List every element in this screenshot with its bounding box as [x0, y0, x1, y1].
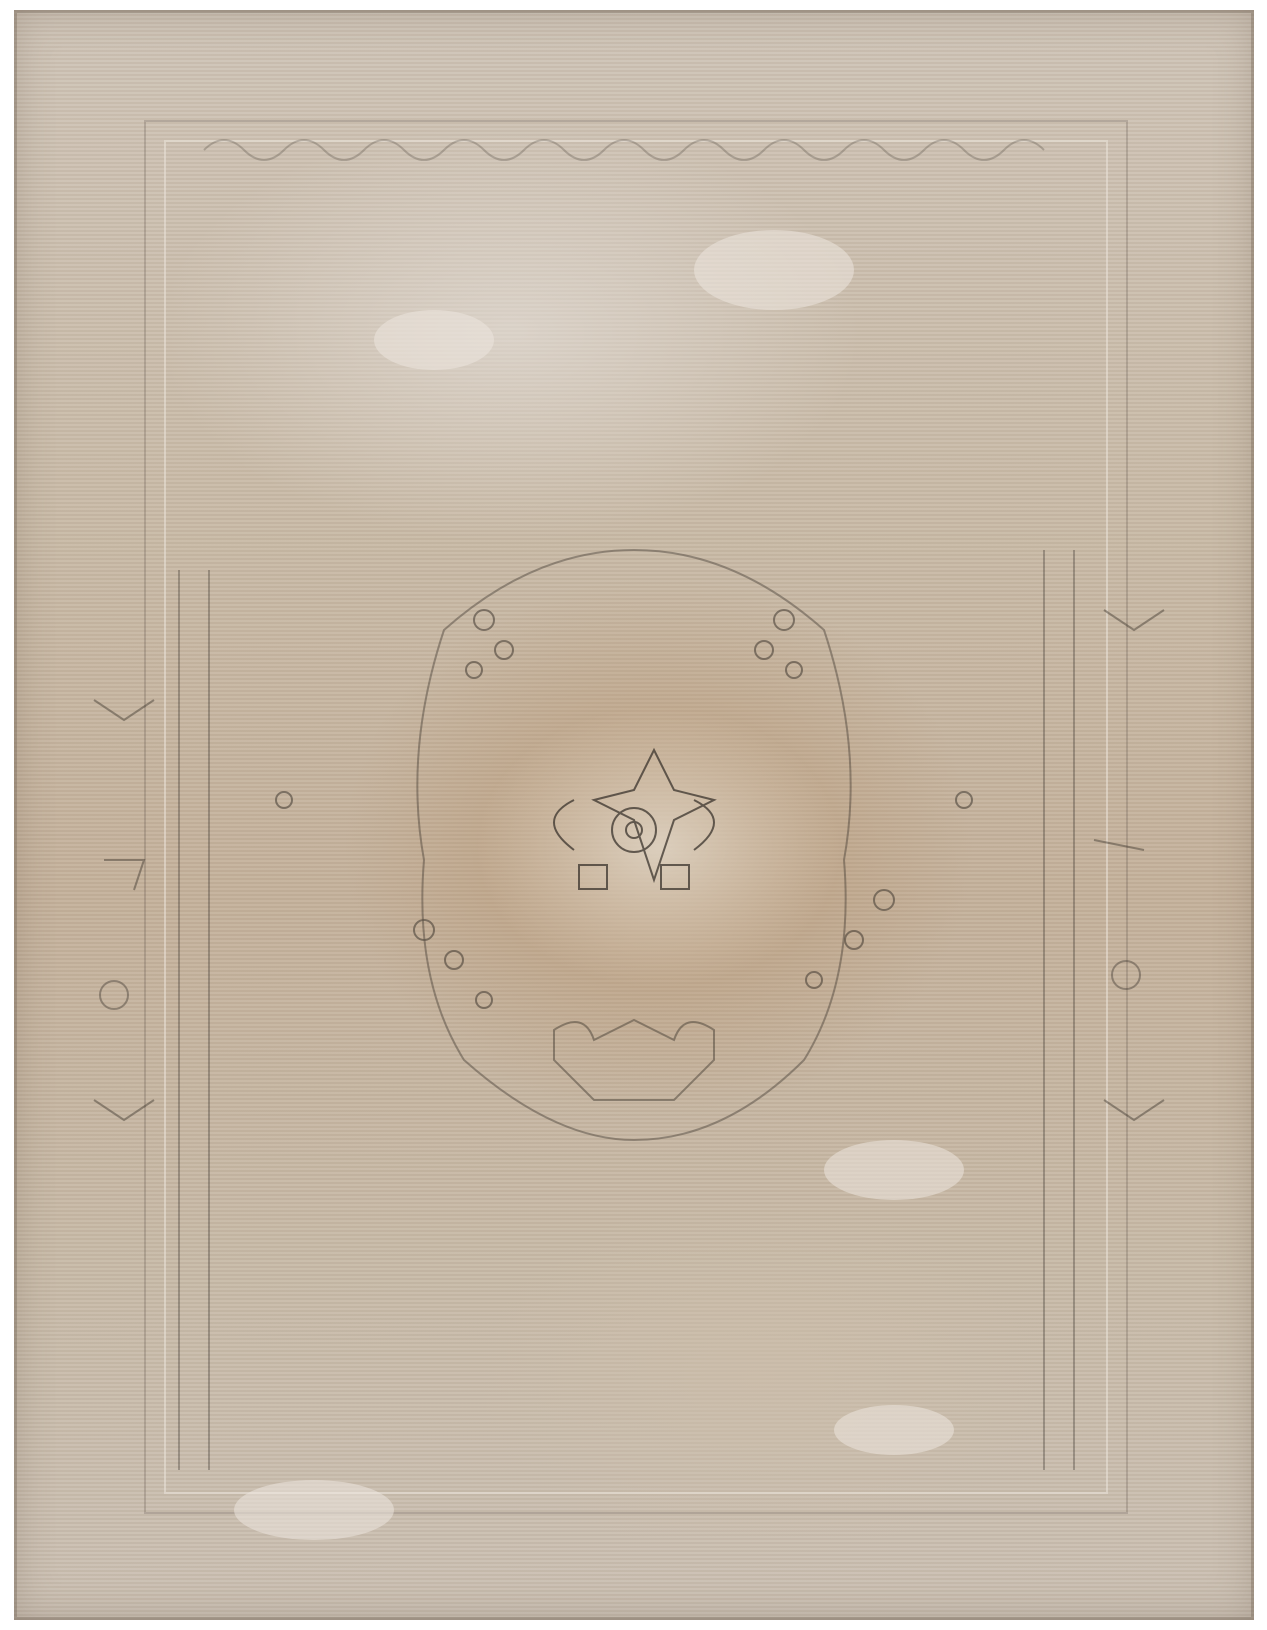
rug [14, 10, 1254, 1620]
rug-pattern [14, 10, 1254, 1620]
